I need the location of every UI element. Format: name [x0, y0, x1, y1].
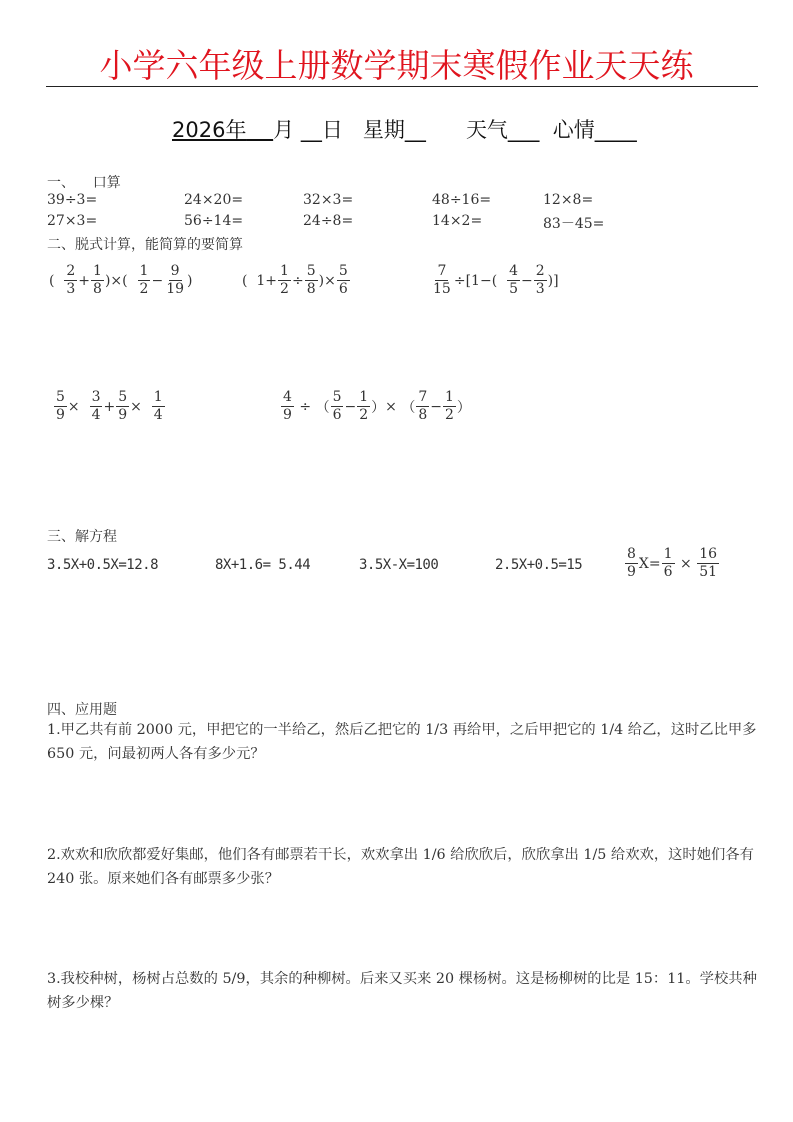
expression-a: ( 23+18)×( 12−919) [49, 263, 192, 298]
word-problem-2: 2.欢欢和欣欣都爱好集邮，他们各有邮票若干长，欢欢拿出 1/6 给欣欣后，欣欣拿… [47, 843, 759, 891]
year-field[interactable]: 2026年 [172, 118, 273, 142]
day-blank[interactable]: __ [301, 118, 322, 142]
oral-item: 83－45= [543, 213, 604, 233]
mood-field[interactable]: 心情____ [553, 118, 637, 142]
oral-item: 24×20= [184, 192, 243, 208]
worksheet-title: 小学六年级上册数学期末寒假作业天天练 [0, 46, 793, 86]
expression-c: 715÷[1−( 45−23)] [430, 263, 559, 298]
oral-item: 14×2= [432, 213, 482, 229]
expression-b: ( 1+12÷58)×56 [242, 263, 351, 298]
oral-item: 48÷16= [432, 192, 491, 208]
weather-field[interactable]: 天气___ [466, 118, 540, 142]
expression-d: 59× 34+59× 14 [53, 389, 166, 424]
section-equation-heading: 三、解方程 [47, 526, 117, 546]
word-problem-3: 3.我校种树，杨树占总数的 5/9，其余的种柳树。后来又买来 20 棵杨树。这是… [47, 967, 759, 1015]
date-line: 2026年 月 __日 星期__ 天气___ 心情____ [172, 116, 637, 144]
section-calc-heading: 二、脱式计算，能简算的要简算 [47, 234, 243, 254]
oral-item: 27×3= [47, 213, 97, 229]
equation-item: 3.5X-X=100 [359, 557, 438, 573]
day-label: 日 [322, 118, 343, 142]
month-label: 月 [273, 118, 294, 142]
expression-e: 49 ÷ （56−12）× （78−12） [280, 389, 471, 424]
weekday-field[interactable]: 星期__ [363, 118, 426, 142]
title-divider [46, 86, 758, 87]
equation-item: 2.5X+0.5=15 [495, 557, 582, 573]
equation-item: 8X+1.6= 5.44 [215, 557, 310, 573]
section-oral-heading: 一、 口算 [47, 172, 121, 192]
equation-fraction: 89X=16 × 1651 [624, 546, 720, 581]
oral-item: 12×8= [543, 192, 593, 208]
oral-item: 56÷14= [184, 213, 243, 229]
equation-item: 3.5X+0.5X=12.8 [47, 557, 158, 573]
word-problem-1: 1.甲乙共有前 2000 元，甲把它的一半给乙，然后乙把它的 1/3 再给甲，之… [47, 718, 759, 766]
section-word-problems-heading: 四、应用题 [47, 699, 117, 719]
oral-item: 24÷8= [303, 213, 353, 229]
oral-item: 32×3= [303, 192, 353, 208]
oral-item: 39÷3= [47, 192, 97, 208]
